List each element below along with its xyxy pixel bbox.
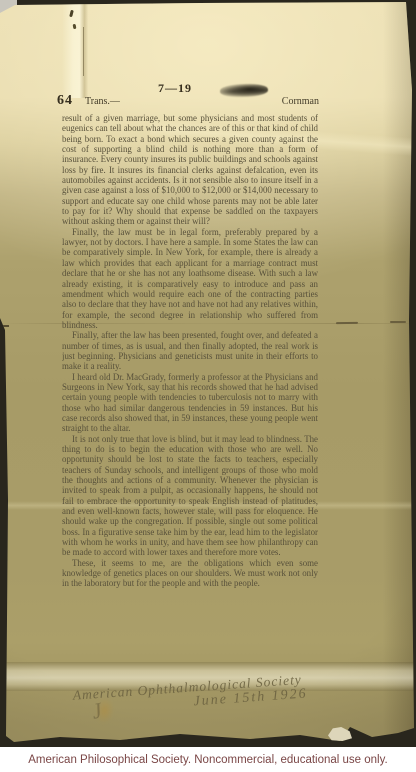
body-paragraph: It is not only true that love is blind, … (62, 434, 318, 558)
body-text: result of a given marriage, but some phy… (62, 113, 318, 665)
page-number: 64 (57, 93, 73, 109)
document-page: 7—19 64 Trans.— Cornman result of a give… (0, 0, 416, 747)
archive-caption-text: American Philosophical Society. Noncomme… (28, 754, 387, 766)
fold-dash-mark (390, 321, 406, 323)
body-paragraph: Finally, after the law has been presente… (62, 330, 318, 371)
body-paragraph: I heard old Dr. MacGrady, formerly a pro… (62, 372, 318, 434)
author-name: Cornman (282, 96, 319, 107)
plate-code: 7—19 (158, 81, 218, 96)
paper-speck (73, 24, 77, 29)
body-paragraph: result of a given marriage, but some phy… (62, 113, 318, 227)
body-paragraph: Finally, the law must be in legal form, … (62, 227, 318, 330)
screenshot-root: 7—19 64 Trans.— Cornman result of a give… (0, 0, 416, 772)
series-label: Trans.— (85, 96, 120, 107)
page-header: 64 Trans.— Cornman (57, 96, 319, 110)
archive-caption: American Philosophical Society. Noncomme… (0, 747, 416, 772)
fold-dash-mark (0, 325, 9, 327)
fold-dash-mark (336, 322, 358, 324)
photo-background: 7—19 64 Trans.— Cornman result of a give… (0, 0, 416, 747)
tape-crease-mark (62, 0, 94, 98)
body-paragraph: These, it seems to me, are the obligatio… (62, 558, 318, 589)
